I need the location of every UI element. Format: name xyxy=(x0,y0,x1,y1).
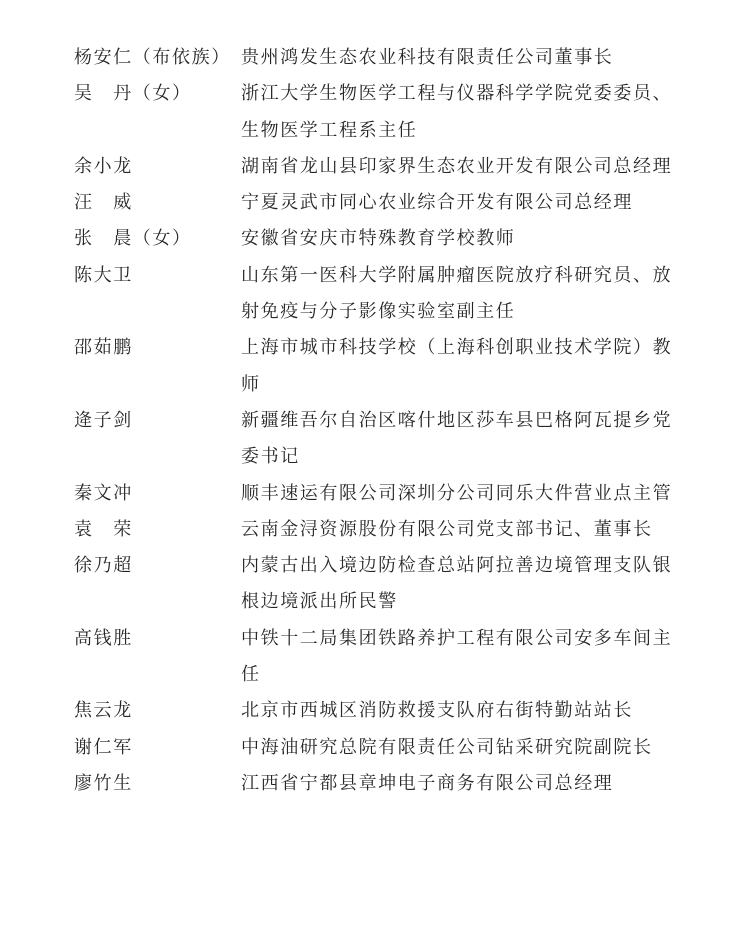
person-name: 汪 威 xyxy=(74,185,241,221)
list-item: 汪 威 宁夏灵武市同心农业综合开发有限公司总经理 xyxy=(74,185,694,221)
person-title: 宁夏灵武市同心农业综合开发有限公司总经理 xyxy=(241,185,681,221)
list-item: 秦文冲 顺丰速运有限公司深圳分公司同乐大件营业点主管 xyxy=(74,476,694,512)
list-item: 吴 丹（女） 浙江大学生物医学工程与仪器科学学院党委委员、生物医学工程系主任 xyxy=(74,76,694,149)
list-item: 徐乃超 内蒙古出入境边防检查总站阿拉善边境管理支队银根边境派出所民警 xyxy=(74,548,694,621)
person-title: 内蒙古出入境边防检查总站阿拉善边境管理支队银根边境派出所民警 xyxy=(241,548,681,621)
person-name: 廖竹生 xyxy=(74,766,241,802)
list-item: 逄子剑 新疆维吾尔自治区喀什地区莎车县巴格阿瓦提乡党委书记 xyxy=(74,403,694,476)
list-item: 袁 荣 云南金浔资源股份有限公司党支部书记、董事长 xyxy=(74,512,694,548)
person-title: 山东第一医科大学附属肿瘤医院放疗科研究员、放射免疫与分子影像实验室副主任 xyxy=(241,258,681,331)
list-item: 张 晨（女） 安徽省安庆市特殊教育学校教师 xyxy=(74,221,694,257)
person-title: 江西省宁都县章坤电子商务有限公司总经理 xyxy=(241,766,681,802)
person-title: 浙江大学生物医学工程与仪器科学学院党委委员、生物医学工程系主任 xyxy=(241,76,681,149)
list-item: 邵茹鹏 上海市城市科技学校（上海科创职业技术学院）教师 xyxy=(74,330,694,403)
person-title: 云南金浔资源股份有限公司党支部书记、董事长 xyxy=(241,512,681,548)
person-name: 高钱胜 xyxy=(74,621,241,657)
person-name: 谢仁军 xyxy=(74,730,241,766)
person-title: 中海油研究总院有限责任公司钻采研究院副院长 xyxy=(241,730,681,766)
list-item: 廖竹生 江西省宁都县章坤电子商务有限公司总经理 xyxy=(74,766,694,802)
person-name: 邵茹鹏 xyxy=(74,330,241,366)
list-item: 谢仁军 中海油研究总院有限责任公司钻采研究院副院长 xyxy=(74,730,694,766)
person-title: 北京市西城区消防救援支队府右街特勤站站长 xyxy=(241,693,681,729)
person-name: 余小龙 xyxy=(74,149,241,185)
person-title: 中铁十二局集团铁路养护工程有限公司安多车间主任 xyxy=(241,621,681,694)
list-item: 陈大卫 山东第一医科大学附属肿瘤医院放疗科研究员、放射免疫与分子影像实验室副主任 xyxy=(74,258,694,331)
person-title: 湖南省龙山县印家界生态农业开发有限公司总经理 xyxy=(241,149,681,185)
list-item: 杨安仁（布依族） 贵州鸿发生态农业科技有限责任公司董事长 xyxy=(74,40,694,76)
person-name: 陈大卫 xyxy=(74,258,241,294)
person-title: 上海市城市科技学校（上海科创职业技术学院）教师 xyxy=(241,330,681,403)
person-name: 杨安仁（布依族） xyxy=(74,40,241,76)
person-title: 贵州鸿发生态农业科技有限责任公司董事长 xyxy=(241,40,681,76)
person-name: 张 晨（女） xyxy=(74,221,241,257)
person-name: 袁 荣 xyxy=(74,512,241,548)
person-name: 秦文冲 xyxy=(74,476,241,512)
person-title: 新疆维吾尔自治区喀什地区莎车县巴格阿瓦提乡党委书记 xyxy=(241,403,681,476)
list-item: 余小龙 湖南省龙山县印家界生态农业开发有限公司总经理 xyxy=(74,149,694,185)
person-title: 顺丰速运有限公司深圳分公司同乐大件营业点主管 xyxy=(241,476,681,512)
honoree-list: 杨安仁（布依族） 贵州鸿发生态农业科技有限责任公司董事长 吴 丹（女） 浙江大学… xyxy=(74,40,694,802)
person-name: 焦云龙 xyxy=(74,693,241,729)
person-name: 徐乃超 xyxy=(74,548,241,584)
person-name: 逄子剑 xyxy=(74,403,241,439)
list-item: 高钱胜 中铁十二局集团铁路养护工程有限公司安多车间主任 xyxy=(74,621,694,694)
person-name: 吴 丹（女） xyxy=(74,76,241,112)
person-title: 安徽省安庆市特殊教育学校教师 xyxy=(241,221,681,257)
list-item: 焦云龙 北京市西城区消防救援支队府右街特勤站站长 xyxy=(74,693,694,729)
